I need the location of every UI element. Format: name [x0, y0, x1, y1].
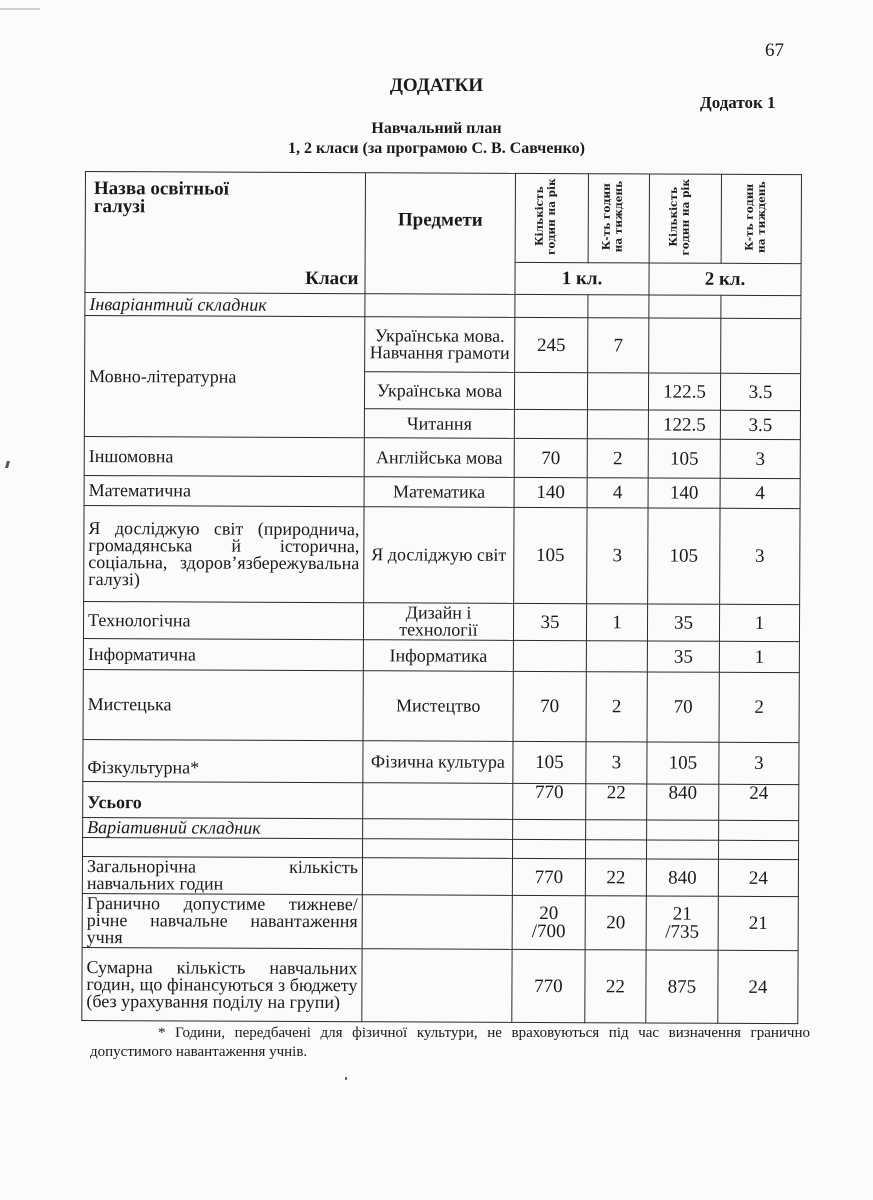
header-g2-week: К-ть годин на тиждень: [721, 174, 801, 263]
summary-row: Сумарна кількість навчальних годин, що ф…: [82, 947, 798, 1023]
summary-row: Гранично допустиме тижневе/ річне навчал…: [82, 893, 798, 950]
empty-cell: [362, 895, 512, 950]
header-g2-year: Кількість годин на рік: [649, 174, 721, 263]
subject-cell: Українська мова: [364, 372, 514, 410]
page-number: 67: [765, 40, 784, 62]
total-row: Усього 770 22 840 24: [83, 781, 799, 820]
g1-week-cell: [587, 410, 648, 439]
g1-week-cell: 3: [586, 742, 647, 784]
summary-g1-week: 22: [585, 950, 646, 1023]
scan-artifact-line: [0, 8, 40, 10]
subject-cell: Я досліджую світ: [364, 507, 514, 604]
subject-cell: Англійська мова: [364, 438, 514, 478]
total-g2-week: 24: [719, 784, 799, 820]
summary-g1-year: 770: [512, 949, 585, 1022]
g2-week-cell: [721, 318, 801, 373]
empty-cell: [363, 819, 513, 840]
g2-week-cell: 1: [719, 604, 799, 641]
grade-2: 2 кл.: [649, 263, 801, 296]
subject-cell: Дизайн і технології: [363, 603, 513, 641]
empty-cell: [586, 840, 647, 859]
header-classes: Класи: [305, 270, 358, 287]
g2-year-cell: 70: [647, 672, 719, 742]
subject-cell: Фізична культура: [363, 741, 513, 784]
subject-cell: Математика: [364, 477, 514, 508]
g2-year-cell: 105: [647, 742, 719, 784]
variative-row: Варіативний складник: [83, 817, 799, 840]
g1-year-cell: [514, 372, 587, 409]
empty-cell: [721, 295, 801, 318]
summary-g1-year: 20 /700: [512, 895, 585, 949]
header-g1-year-text: Кількість годин на рік: [534, 174, 570, 259]
empty-cell: [513, 819, 586, 839]
g2-week-cell: 3.5: [720, 373, 800, 410]
invariant-label: Інваріантний складник: [85, 293, 365, 317]
summary-g2-year: 875: [646, 950, 718, 1023]
summary-g1-year: 770: [512, 858, 585, 895]
area-cell: Іншомовна: [84, 436, 364, 476]
g2-year-cell: 105: [648, 439, 720, 478]
g1-year-cell: [514, 409, 587, 438]
empty-cell: [647, 840, 719, 859]
table-row: Математична Математика 140 4 140 4: [84, 475, 800, 508]
scan-artifact-mark: [5, 461, 10, 468]
g1-year-cell: 35: [513, 603, 586, 640]
table-row: Мовно-літературна Українська мова. Навча…: [85, 316, 801, 374]
appendix-label: Додаток 1: [700, 93, 776, 113]
total-g1-year: 770: [513, 783, 586, 819]
header-g2-week-text: К-ть годин на тиждень: [743, 175, 779, 260]
total-label: Усього: [83, 781, 363, 818]
table-row: Іншомовна Англійська мова 70 2 105 3: [84, 436, 800, 478]
header-area-classes: Назва освітньої галузі Класи: [85, 172, 366, 294]
area-cell: Інформатична: [83, 638, 363, 670]
table-row: Фізкультурна* Фізична культура 105 3 105…: [83, 739, 799, 784]
header-g1-year: Кількість годин на рік: [515, 173, 588, 262]
summary-g1-week: 22: [585, 859, 646, 896]
g2-week-cell: 3: [720, 439, 800, 478]
header-area: Назва освітньої галузі: [94, 180, 244, 217]
table-header-row: Назва освітньої галузі Класи Предмети Кі…: [85, 172, 801, 264]
summary-g2-week: 24: [718, 859, 798, 896]
scan-artifact-dot: [345, 1077, 347, 1080]
curriculum-table: Назва освітньої галузі Класи Предмети Кі…: [81, 171, 802, 1024]
g2-week-cell: 3.5: [720, 410, 800, 439]
subject-cell: Інформатика: [363, 640, 513, 672]
g1-year-cell: 70: [513, 671, 586, 741]
empty-cell: [649, 295, 721, 318]
empty-cell: [719, 840, 799, 859]
header-subjects: Предмети: [365, 173, 516, 295]
g1-week-cell: 7: [588, 318, 649, 373]
header-g2-year-text: Кількість годин на рік: [667, 175, 703, 260]
g2-year-cell: 140: [648, 478, 720, 508]
g2-year-cell: 105: [648, 508, 720, 604]
table-row: Інформатична Інформатика 35 1: [83, 638, 799, 672]
g2-week-cell: 4: [720, 478, 800, 508]
empty-cell: [513, 839, 586, 858]
g1-year-cell: 70: [514, 438, 587, 477]
summary-label: Гранично допустиме тижневе/ річне навчал…: [82, 893, 362, 948]
g1-year-cell: 105: [513, 741, 586, 783]
grade-1: 1 кл.: [515, 262, 649, 295]
g1-week-cell: 4: [587, 478, 648, 508]
g2-year-cell: 35: [647, 604, 719, 641]
empty-cell: [719, 820, 799, 840]
g2-year-cell: 122.5: [648, 373, 720, 410]
plan-title-line1: Навчальний план: [0, 119, 873, 139]
plan-title-line2: 1, 2 класи (за програмою С. В. Савченко): [0, 139, 873, 159]
g2-week-cell: 3: [720, 508, 800, 604]
g1-week-cell: [586, 641, 647, 672]
g1-week-cell: 1: [586, 604, 647, 641]
summary-g2-week: 24: [718, 950, 798, 1023]
area-cell: Фізкультурна*: [83, 739, 363, 782]
g2-year-cell: 122.5: [648, 410, 720, 439]
empty-cell: [588, 295, 649, 318]
area-cell: Я досліджую світ (природнича, громадянсь…: [84, 505, 364, 602]
g2-week-cell: 2: [719, 672, 799, 742]
area-cell: Технологічна: [83, 601, 363, 639]
g2-year-cell: 35: [647, 641, 719, 672]
g2-week-cell: 3: [719, 742, 799, 784]
summary-row: Загальнорічна кількість навчальних годин…: [82, 856, 798, 896]
total-g1-week: 22: [586, 784, 647, 820]
empty-cell: [365, 294, 515, 318]
area-cell: Математична: [84, 475, 364, 506]
summary-label: Загальнорічна кількість навчальних годин: [82, 856, 362, 894]
g2-week-cell: 1: [719, 641, 799, 672]
g1-week-cell: 2: [587, 439, 648, 478]
g1-year-cell: 105: [514, 507, 587, 603]
table-row: Я досліджую світ (природнича, громадянсь…: [84, 505, 800, 604]
subject-cell: Українська мова. Навчання грамоти: [365, 317, 515, 373]
area-cell: Мовно-літературна: [84, 316, 365, 438]
footnote: * Години, передбачені для фізичної культ…: [90, 1024, 810, 1062]
subject-cell: Мистецтво: [363, 671, 513, 742]
g1-week-cell: [587, 373, 648, 410]
empty-cell: [83, 837, 363, 857]
summary-g2-year: 21 /735: [646, 896, 718, 950]
invariant-row: Інваріантний складник: [85, 293, 801, 319]
subject-cell: Читання: [364, 409, 514, 439]
empty-cell: [363, 783, 513, 820]
table-row: Технологічна Дизайн і технології 35 1 35…: [83, 601, 799, 641]
summary-label: Сумарна кількість навчальних годин, що ф…: [82, 947, 362, 1021]
total-g2-year: 840: [647, 784, 719, 820]
g1-year-cell: 245: [515, 317, 588, 372]
header-subjects-text: Предмети: [398, 209, 483, 230]
summary-g1-week: 20: [585, 896, 646, 950]
header-g1-week: К-ть годин на тиждень: [588, 174, 649, 263]
g1-week-cell: 2: [586, 672, 647, 742]
plan-title: Навчальний план 1, 2 класи (за програмою…: [0, 119, 873, 159]
area-cell: Мистецька: [83, 669, 363, 740]
g2-year-cell: [649, 318, 721, 373]
summary-g2-week: 21: [718, 896, 798, 950]
g1-week-cell: 3: [587, 508, 648, 604]
g1-year-cell: 140: [514, 477, 587, 507]
empty-cell: [362, 949, 512, 1023]
g1-year-cell: [513, 640, 586, 671]
header-g1-week-text: К-ть годин на тиждень: [601, 174, 637, 259]
summary-g2-year: 840: [646, 859, 718, 896]
empty-cell: [515, 294, 588, 317]
empty-cell: [647, 820, 719, 840]
variative-label: Варіативний складник: [83, 817, 363, 838]
table-row: Мистецька Мистецтво 70 2 70 2: [83, 669, 799, 742]
empty-cell: [363, 839, 513, 859]
empty-cell: [586, 820, 647, 840]
empty-cell: [362, 858, 512, 896]
